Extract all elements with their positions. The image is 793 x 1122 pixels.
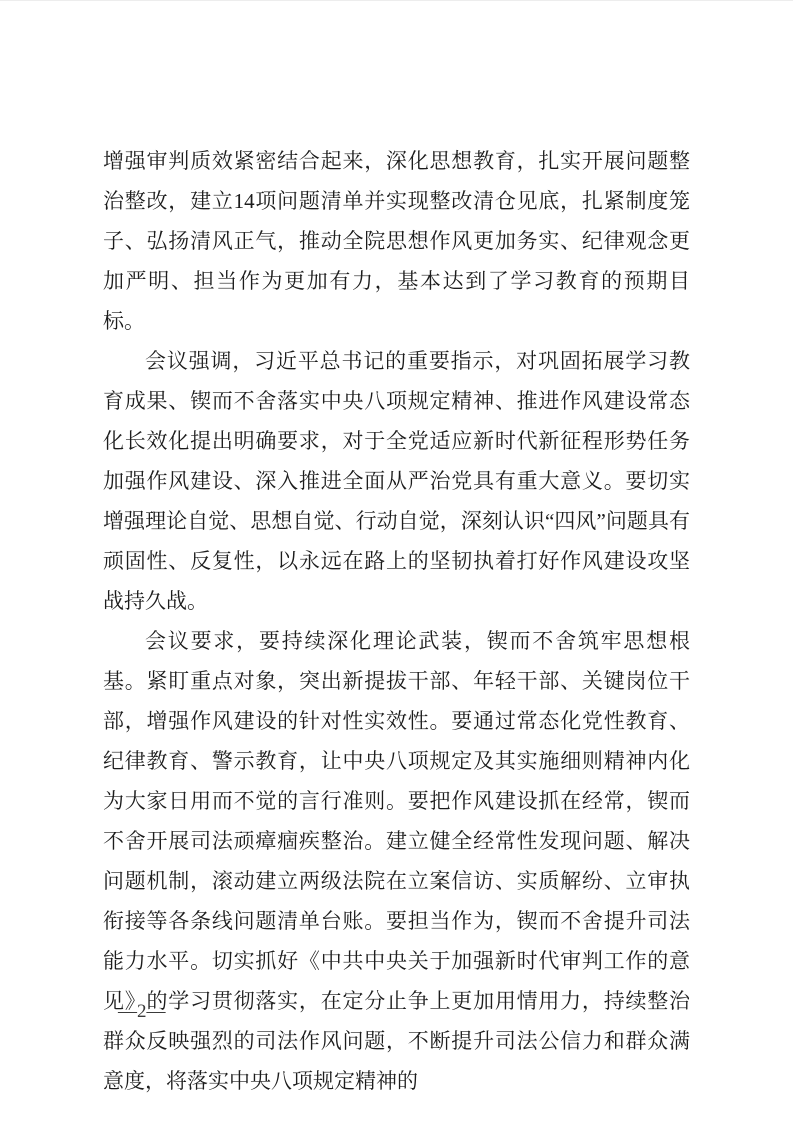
page-number: —2— (118, 1001, 166, 1023)
document-page: 增强审判质效紧密结合起来，深化思想教育，扎实开展问题整治整改，建立14项问题清单… (0, 0, 793, 1122)
body-paragraph: 增强审判质效紧密结合起来，深化思想教育，扎实开展问题整治整改，建立14项问题清单… (103, 141, 690, 341)
body-paragraph: 会议强调，习近平总书记的重要指示，对巩固拓展学习教育成果、锲而不舍落实中央八项规… (103, 341, 690, 621)
body-paragraph: 会议要求，要持续深化理论武装，锲而不舍筑牢思想根基。紧盯重点对象，突出新提拔干部… (103, 621, 690, 1101)
document-body: 增强审判质效紧密结合起来，深化思想教育，扎实开展问题整治整改，建立14项问题清单… (103, 141, 690, 1101)
